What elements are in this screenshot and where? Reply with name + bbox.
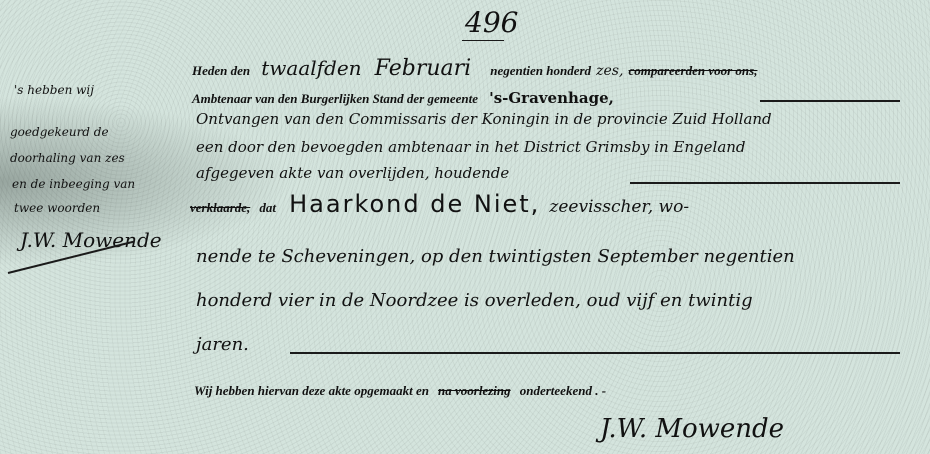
body-line-2: Ambtenaar van den Burgerlijken Stand der… <box>192 88 614 107</box>
handwritten-day: twaalfden <box>261 56 361 80</box>
document-page: 496 's hebben wij goedgekeurd de doorhal… <box>0 0 930 454</box>
deceased-name: Haarkond de Niet, <box>289 190 540 218</box>
margin-note-line-3: doorhaling van zes <box>10 148 125 169</box>
body-line-6: verklaarde, dat Haarkond de Niet, zeevis… <box>190 190 689 218</box>
handwritten-occupation: zeevisscher, wo- <box>549 197 689 217</box>
margin-note-line-4: en de inbeeging van <box>12 174 135 195</box>
struck-text: verklaarde, <box>190 200 250 215</box>
printed-text: Heden den <box>192 63 250 78</box>
body-line-3: Ontvangen van den Commissaris der Koning… <box>196 110 772 128</box>
struck-text: na voorlezing <box>438 383 511 398</box>
handwritten-year: zes, <box>596 63 623 79</box>
margin-note-line-5: twee woorden <box>14 198 100 219</box>
body-line-10: Wij hebben hiervan deze akte opgemaakt e… <box>194 380 606 399</box>
printed-text: negentien honderd <box>490 63 591 78</box>
record-number-underline <box>462 40 504 41</box>
official-signature: J.W. Mowende <box>600 414 784 444</box>
record-number: 496 <box>465 6 518 39</box>
body-line-4: een door den bevoegden ambtenaar in het … <box>196 138 746 156</box>
place-name: 's-Gravenhage, <box>489 89 614 107</box>
body-line-1: Heden den twaalfden Februari negentien h… <box>192 56 757 81</box>
margin-note-line-2: goedgekeurd de <box>10 122 109 143</box>
fill-line <box>630 182 900 184</box>
printed-text: dat <box>259 200 276 215</box>
body-line-5: afgegeven akte van overlijden, houdende <box>196 164 509 182</box>
margin-signature: J.W. Mowende <box>20 228 162 252</box>
fill-line <box>290 352 900 354</box>
struck-text: compareerden voor ons, <box>629 63 758 78</box>
body-line-7: nende te Scheveningen, op den twintigste… <box>196 246 795 267</box>
printed-text: onderteekend . - <box>520 383 606 398</box>
body-line-8: honderd vier in de Noordzee is overleden… <box>196 290 753 311</box>
fill-line <box>760 100 900 102</box>
printed-text: Ambtenaar van den Burgerlijken Stand der… <box>192 91 478 106</box>
handwritten-month: Februari <box>375 56 472 81</box>
printed-text: Wij hebben hiervan deze akte opgemaakt e… <box>194 383 429 398</box>
body-line-9: jaren. <box>196 334 249 355</box>
margin-note-line-1: 's hebben wij <box>14 80 94 101</box>
